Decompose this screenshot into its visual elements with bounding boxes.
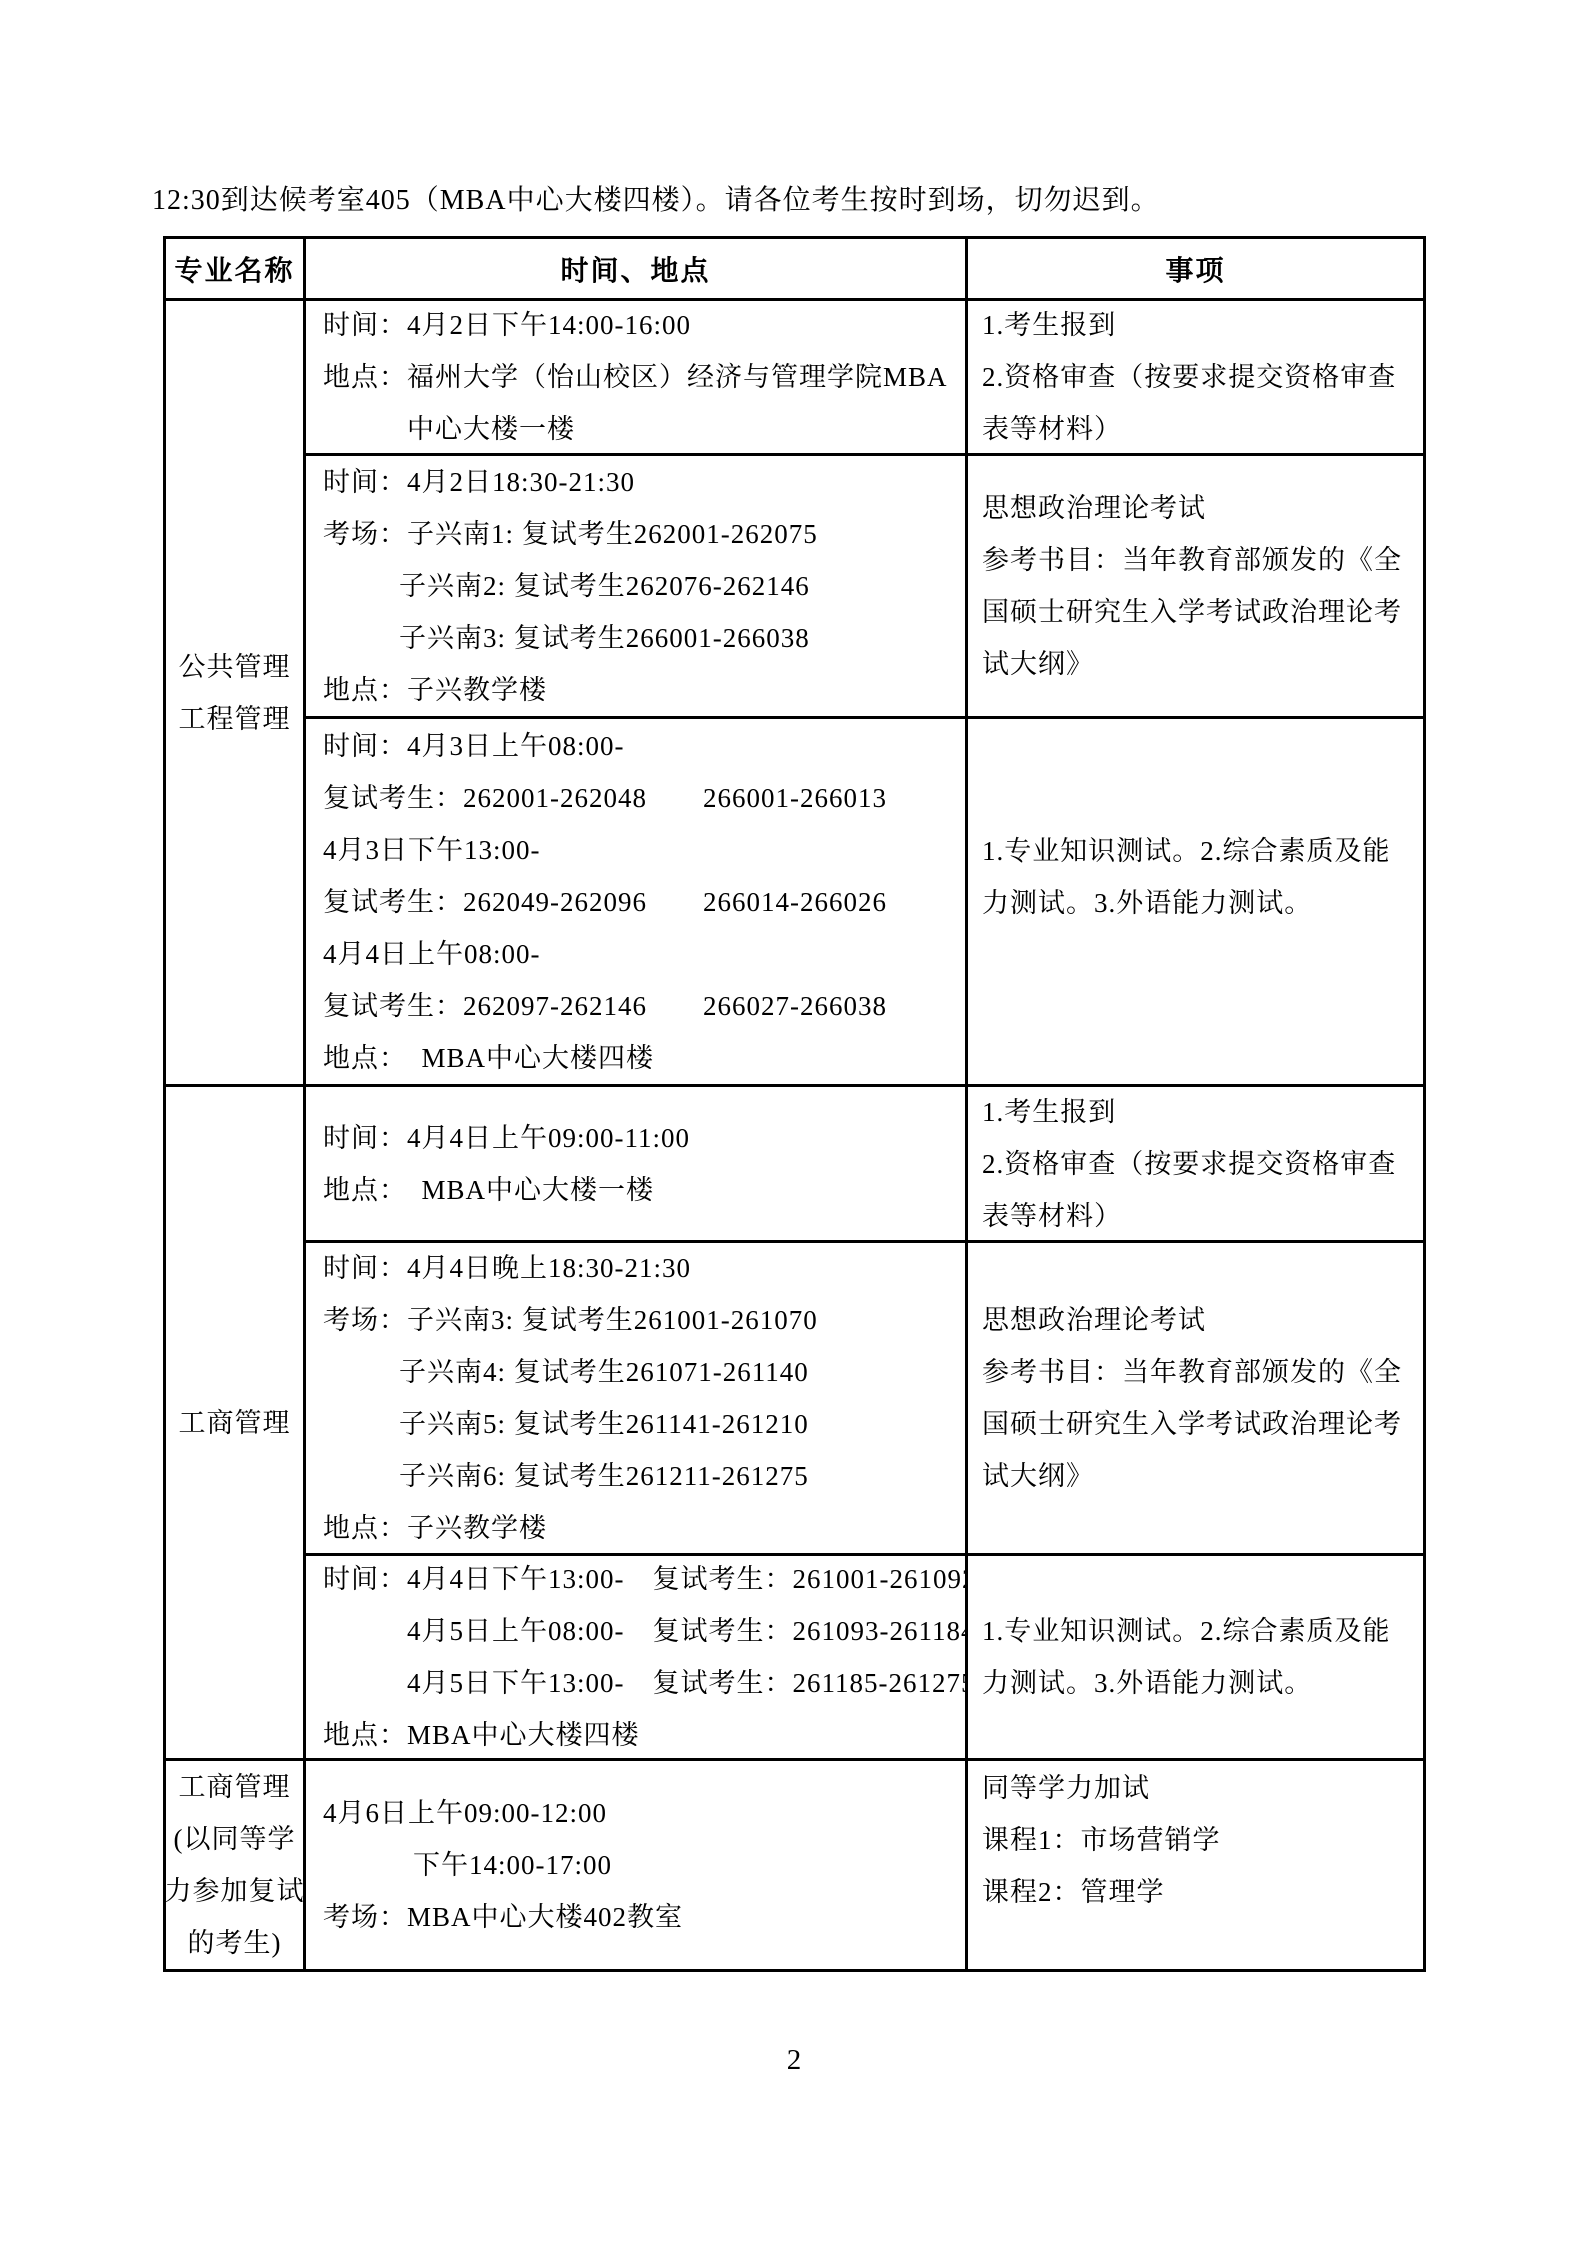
schedule-line: 子兴南2: 复试考生262076-262146 [323, 560, 959, 612]
schedule-line: 4月3日下午13:00- [323, 824, 959, 876]
intro-paragraph: 12:30到达候考室405（MBA中心大楼四楼）。请各位考生按时到场，切勿迟到。 [152, 178, 1160, 218]
matters-line: 力测试。3.外语能力测试。 [982, 877, 1417, 929]
matters-line: 表等材料） [982, 1190, 1417, 1242]
schedule-line: 考场：子兴南1: 复试考生262001-262075 [323, 508, 959, 560]
schedule-line: 复试考生：262001-262048 266001-266013 [323, 772, 959, 824]
matters-cell: 思想政治理论考试 参考书目：当年教育部颁发的《全 国硕士研究生入学考试政治理论考… [968, 1243, 1423, 1556]
schedule-cell: 时间：4月2日18:30-21:30 考场：子兴南1: 复试考生262001-2… [306, 456, 968, 719]
schedule-line: 时间：4月4日上午09:00-11:00 [323, 1112, 959, 1164]
major-line: 工商管理 [179, 1397, 291, 1449]
matters-cell: 同等学力加试 课程1：市场营销学 课程2：管理学 [968, 1761, 1423, 1969]
schedule-line: 地点： MBA中心大楼一楼 [323, 1164, 959, 1216]
schedule-line: 地点： MBA中心大楼四楼 [323, 1032, 959, 1084]
matters-line: 2.资格审查（按要求提交资格审查 [982, 1138, 1417, 1190]
matters-cell: 1.专业知识测试。2.综合素质及能 力测试。3.外语能力测试。 [968, 1556, 1423, 1761]
schedule-line: 时间：4月4日下午13:00- 复试考生：261001-261092 [323, 1556, 959, 1605]
matters-cell: 思想政治理论考试 参考书目：当年教育部颁发的《全 国硕士研究生入学考试政治理论考… [968, 456, 1423, 719]
header-matters: 事项 [968, 239, 1423, 301]
matters-line: 1.专业知识测试。2.综合素质及能 [982, 825, 1417, 877]
schedule-line: 考场：子兴南3: 复试考生261001-261070 [323, 1294, 959, 1346]
exam-schedule-table: 专业名称 时间、地点 事项 公共管理 工程管理 工商管理 工商管理 (以同等学 … [163, 236, 1426, 1972]
matters-line: 国硕士研究生入学考试政治理论考 [982, 586, 1417, 638]
schedule-line: 时间：4月2日18:30-21:30 [323, 456, 959, 508]
schedule-cell: 时间：4月2日下午14:00-16:00 地点：福州大学（怡山校区）经济与管理学… [306, 301, 968, 456]
schedule-line: 时间：4月2日下午14:00-16:00 [323, 301, 959, 351]
header-schedule: 时间、地点 [306, 239, 968, 301]
schedule-line: 考场：MBA中心大楼402教室 [323, 1891, 959, 1943]
schedule-line: 中心大楼一楼 [323, 403, 959, 455]
matters-line: 同等学力加试 [982, 1762, 1417, 1814]
matters-line: 1.专业知识测试。2.综合素质及能 [982, 1605, 1417, 1657]
page-number: 2 [0, 2044, 1588, 2077]
schedule-line: 下午14:00-17:00 [323, 1839, 959, 1891]
schedule-line: 4月5日下午13:00- 复试考生：261185-261275 [323, 1657, 959, 1709]
matters-line: 试大纲》 [982, 638, 1417, 690]
schedule-cell: 时间：4月4日上午09:00-11:00 地点： MBA中心大楼一楼 [306, 1087, 968, 1243]
schedule-line: 复试考生：262049-262096 266014-266026 [323, 876, 959, 928]
schedule-line: 地点：福州大学（怡山校区）经济与管理学院MBA [323, 351, 959, 403]
major-cell-business: 工商管理 [166, 1087, 306, 1761]
major-line: 的考生) [188, 1917, 282, 1969]
matters-line: 思想政治理论考试 [982, 1294, 1417, 1346]
matters-line: 1.考生报到 [982, 1087, 1417, 1138]
schedule-line: 子兴南4: 复试考生261071-261140 [323, 1346, 959, 1398]
schedule-cell: 时间：4月4日下午13:00- 复试考生：261001-261092 4月5日上… [306, 1556, 968, 1761]
major-line: 公共管理 [179, 641, 291, 693]
matters-line: 国硕士研究生入学考试政治理论考 [982, 1398, 1417, 1450]
major-line: 工程管理 [179, 693, 291, 745]
matters-line: 课程2：管理学 [982, 1866, 1417, 1918]
schedule-line: 子兴南3: 复试考生266001-266038 [323, 612, 959, 664]
matters-cell: 1.专业知识测试。2.综合素质及能 力测试。3.外语能力测试。 [968, 719, 1423, 1087]
schedule-line: 4月5日上午08:00- 复试考生：261093-261184 [323, 1605, 959, 1657]
matters-line: 表等材料） [982, 403, 1417, 455]
matters-line: 1.考生报到 [982, 301, 1417, 351]
matters-cell: 1.考生报到 2.资格审查（按要求提交资格审查 表等材料） [968, 301, 1423, 456]
header-major: 专业名称 [166, 239, 306, 301]
schedule-line: 子兴南5: 复试考生261141-261210 [323, 1398, 959, 1450]
matters-line: 参考书目：当年教育部颁发的《全 [982, 534, 1417, 586]
major-cell-public-engineering: 公共管理 工程管理 [166, 301, 306, 1087]
schedule-line: 复试考生：262097-262146 266027-266038 [323, 980, 959, 1032]
major-line: 力参加复试 [166, 1865, 305, 1917]
schedule-line: 4月6日上午09:00-12:00 [323, 1787, 959, 1839]
schedule-line: 时间：4月3日上午08:00- [323, 720, 959, 772]
matters-line: 试大纲》 [982, 1450, 1417, 1502]
matters-cell: 1.考生报到 2.资格审查（按要求提交资格审查 表等材料） [968, 1087, 1423, 1243]
document-page: 12:30到达候考室405（MBA中心大楼四楼）。请各位考生按时到场，切勿迟到。… [0, 0, 1588, 2245]
schedule-line: 子兴南6: 复试考生261211-261275 [323, 1450, 959, 1502]
schedule-line: 地点：子兴教学楼 [323, 664, 959, 716]
schedule-line: 4月4日上午08:00- [323, 928, 959, 980]
schedule-cell: 4月6日上午09:00-12:00 下午14:00-17:00 考场：MBA中心… [306, 1761, 968, 1969]
schedule-cell: 时间：4月3日上午08:00- 复试考生：262001-262048 26600… [306, 719, 968, 1087]
major-line: 工商管理 [179, 1761, 291, 1813]
major-line: (以同等学 [174, 1813, 296, 1865]
schedule-line: 地点：子兴教学楼 [323, 1502, 959, 1554]
schedule-line: 地点：MBA中心大楼四楼 [323, 1709, 959, 1761]
matters-line: 2.资格审查（按要求提交资格审查 [982, 351, 1417, 403]
matters-line: 参考书目：当年教育部颁发的《全 [982, 1346, 1417, 1398]
schedule-line: 时间：4月4日晚上18:30-21:30 [323, 1243, 959, 1294]
matters-line: 力测试。3.外语能力测试。 [982, 1657, 1417, 1709]
matters-line: 课程1：市场营销学 [982, 1814, 1417, 1866]
major-cell-business-equivalent: 工商管理 (以同等学 力参加复试 的考生) [166, 1761, 306, 1969]
schedule-cell: 时间：4月4日晚上18:30-21:30 考场：子兴南3: 复试考生261001… [306, 1243, 968, 1556]
matters-line: 思想政治理论考试 [982, 482, 1417, 534]
